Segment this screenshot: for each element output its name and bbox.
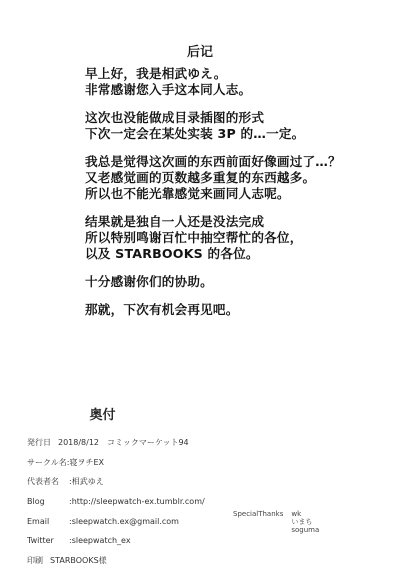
paragraph-greeting: 早上好，我是相武ゆえ。 非常感谢您入手这本同人志。 (85, 66, 395, 98)
colophon-row-email: Email :sleepwatch.ex@gmail.com (27, 511, 257, 531)
text-line: 所以也不能光靠感觉来画同人志呢。 (85, 186, 395, 202)
colophon: 発行日 2018/8/12 コミックマーケット94 サークル名 :寝ヲチEX 代… (27, 433, 257, 570)
row-label: 代表者名 (27, 476, 69, 487)
row-label: サークル名 (27, 457, 67, 468)
row-value: 2018/8/12 コミックマーケット94 (58, 437, 189, 448)
row-label: 発行日 (27, 437, 51, 448)
afterword-title: 后记 (0, 41, 400, 60)
text-line: 那就，下次有机会再见吧。 (85, 302, 395, 318)
row-value: STARBOOKS様 (50, 555, 107, 566)
text-line: 这次也没能做成目录插图的形式 (85, 110, 395, 126)
thanks-name: いまち (291, 518, 319, 526)
row-value: :寝ヲチEX (67, 457, 104, 468)
thanks-name: wk (291, 510, 319, 518)
colophon-row-circle: サークル名 :寝ヲチEX (27, 453, 257, 473)
thanks-name: soguma (291, 526, 319, 534)
colophon-row-printer: 印刷 STARBOOKS様 (27, 551, 257, 571)
row-label: Email (27, 517, 69, 526)
colophon-row-blog: Blog :http://sleepwatch-ex.tumblr.com/ (27, 492, 257, 512)
row-label: Twitter (27, 536, 69, 545)
text-line: 早上好，我是相武ゆえ。 (85, 66, 395, 82)
text-line: 以及 STARBOOKS 的各位。 (85, 246, 395, 262)
email-link[interactable]: :sleepwatch.ex@gmail.com (69, 517, 179, 526)
paragraph-farewell: 那就，下次有机会再见吧。 (85, 302, 395, 318)
twitter-handle: :sleepwatch_ex (69, 536, 131, 545)
text-line: 结果就是独自一人还是没法完成 (85, 214, 395, 230)
text-line: 非常感谢您入手这本同人志。 (85, 82, 395, 98)
special-thanks-label: SpecialThanks (233, 510, 283, 534)
text-line: 又老感觉画的页数越多重复的东西越多。 (85, 170, 395, 186)
paragraph-thanks: 结果就是独自一人还是没法完成 所以特别鸣谢百忙中抽空帮忙的各位， 以及 STAR… (85, 214, 395, 262)
paragraph-feeling: 我总是觉得这次画的东西前面好像画过了…？ 又老感觉画的页数越多重复的东西越多。 … (85, 154, 395, 202)
colophon-row-representative: 代表者名 :相武ゆえ (27, 472, 257, 492)
row-value: :相武ゆえ (69, 476, 104, 487)
text-line: 十分感谢你们的协助。 (85, 274, 395, 290)
paragraph-contents: 这次也没能做成目录插图的形式 下次一定会在某处实装 3P 的…一定。 (85, 110, 395, 142)
text-line: 我总是觉得这次画的东西前面好像画过了…？ (85, 154, 395, 170)
special-thanks-names: wk いまち soguma (291, 510, 319, 534)
row-label: 印刷 (27, 555, 43, 566)
colophon-title: 奥付 (0, 404, 205, 423)
text-line: 所以特别鸣谢百忙中抽空帮忙的各位， (85, 230, 395, 246)
special-thanks: SpecialThanks wk いまち soguma (233, 510, 319, 534)
text-line: 下次一定会在某处实装 3P 的…一定。 (85, 126, 395, 142)
afterword-body: 早上好，我是相武ゆえ。 非常感谢您入手这本同人志。 这次也没能做成目录插图的形式… (85, 66, 395, 330)
paragraph-gratitude: 十分感谢你们的协助。 (85, 274, 395, 290)
colophon-row-date: 発行日 2018/8/12 コミックマーケット94 (27, 433, 257, 453)
blog-link[interactable]: :http://sleepwatch-ex.tumblr.com/ (69, 497, 205, 506)
row-label: Blog (27, 497, 69, 506)
colophon-row-twitter: Twitter :sleepwatch_ex (27, 531, 257, 551)
